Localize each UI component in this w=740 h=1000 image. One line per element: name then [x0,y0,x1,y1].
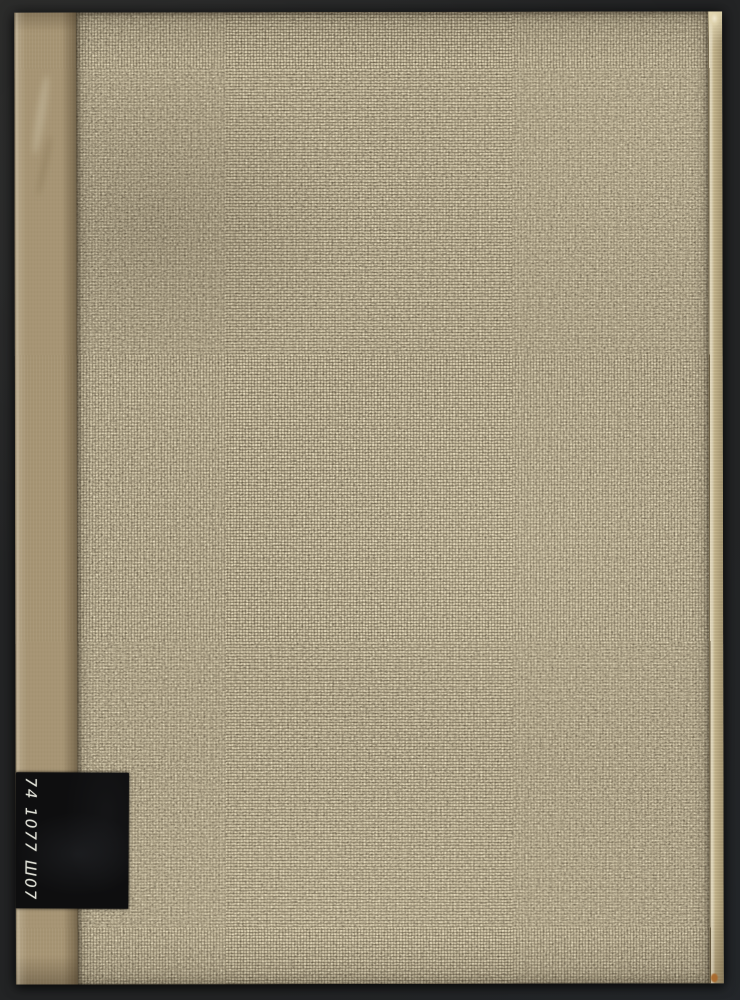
page-edge [708,11,724,983]
top-corner-wear [708,11,722,43]
cover-fabric [76,11,710,984]
foxing-spot [711,973,718,982]
fabric-mottle-overlay [76,11,710,984]
call-number-text: 74 1077 Ш07 [20,773,41,905]
scuff-mark [30,74,51,154]
book-cover: 74 1077 Ш07 [14,11,724,984]
spine-label: 74 1077 Ш07 [15,772,129,909]
scuff-mark-dark [35,135,54,197]
photo-background: 74 1077 Ш07 [0,0,740,1000]
